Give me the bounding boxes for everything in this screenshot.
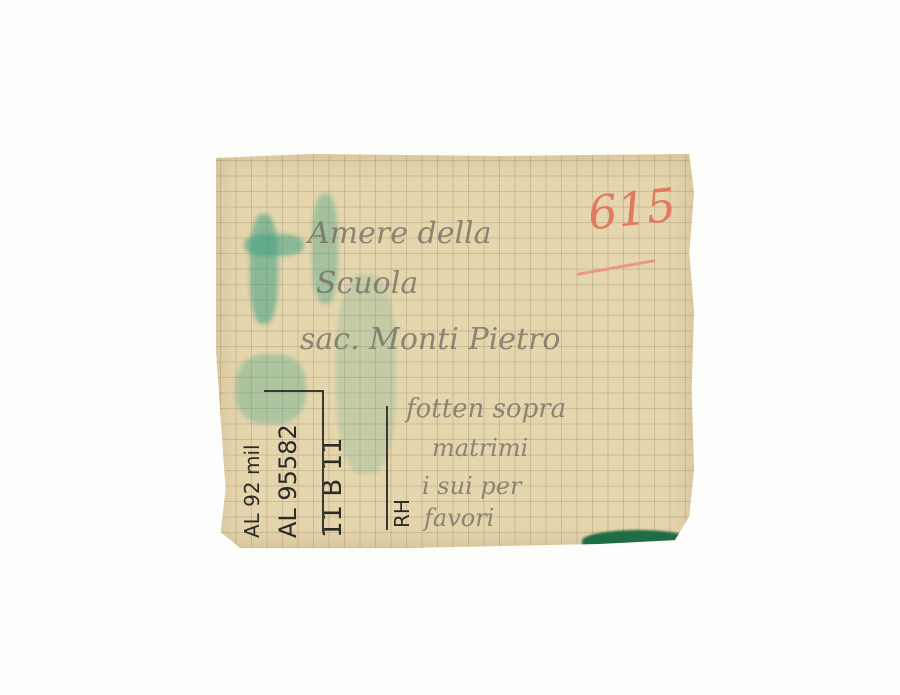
pencil-line: matrimi xyxy=(432,434,528,462)
ink-bracket xyxy=(322,390,324,530)
pencil-line: fotten sopra xyxy=(406,394,566,424)
pencil-line: favori xyxy=(424,504,494,532)
green-crayon-mark xyxy=(236,354,306,424)
vertical-note: RH xyxy=(390,499,414,528)
note-paper: 615 Amere della Scuola sac. Monti Pietro… xyxy=(216,154,694,548)
pencil-line: Scuola xyxy=(316,266,418,301)
ink-blot xyxy=(582,530,694,552)
red-underline xyxy=(576,259,655,276)
pencil-line: Amere della xyxy=(308,216,492,251)
red-number: 615 xyxy=(585,178,678,241)
green-crayon-mark xyxy=(250,214,278,324)
vertical-note: AL 95582 xyxy=(274,424,302,538)
pencil-line: sac. Monti Pietro xyxy=(300,322,560,357)
vertical-note: AL 92 mil xyxy=(240,444,264,538)
ink-bracket xyxy=(264,390,324,392)
pencil-line: i sui per xyxy=(422,472,521,500)
green-crayon-mark xyxy=(244,234,304,256)
ink-divider xyxy=(386,406,388,530)
